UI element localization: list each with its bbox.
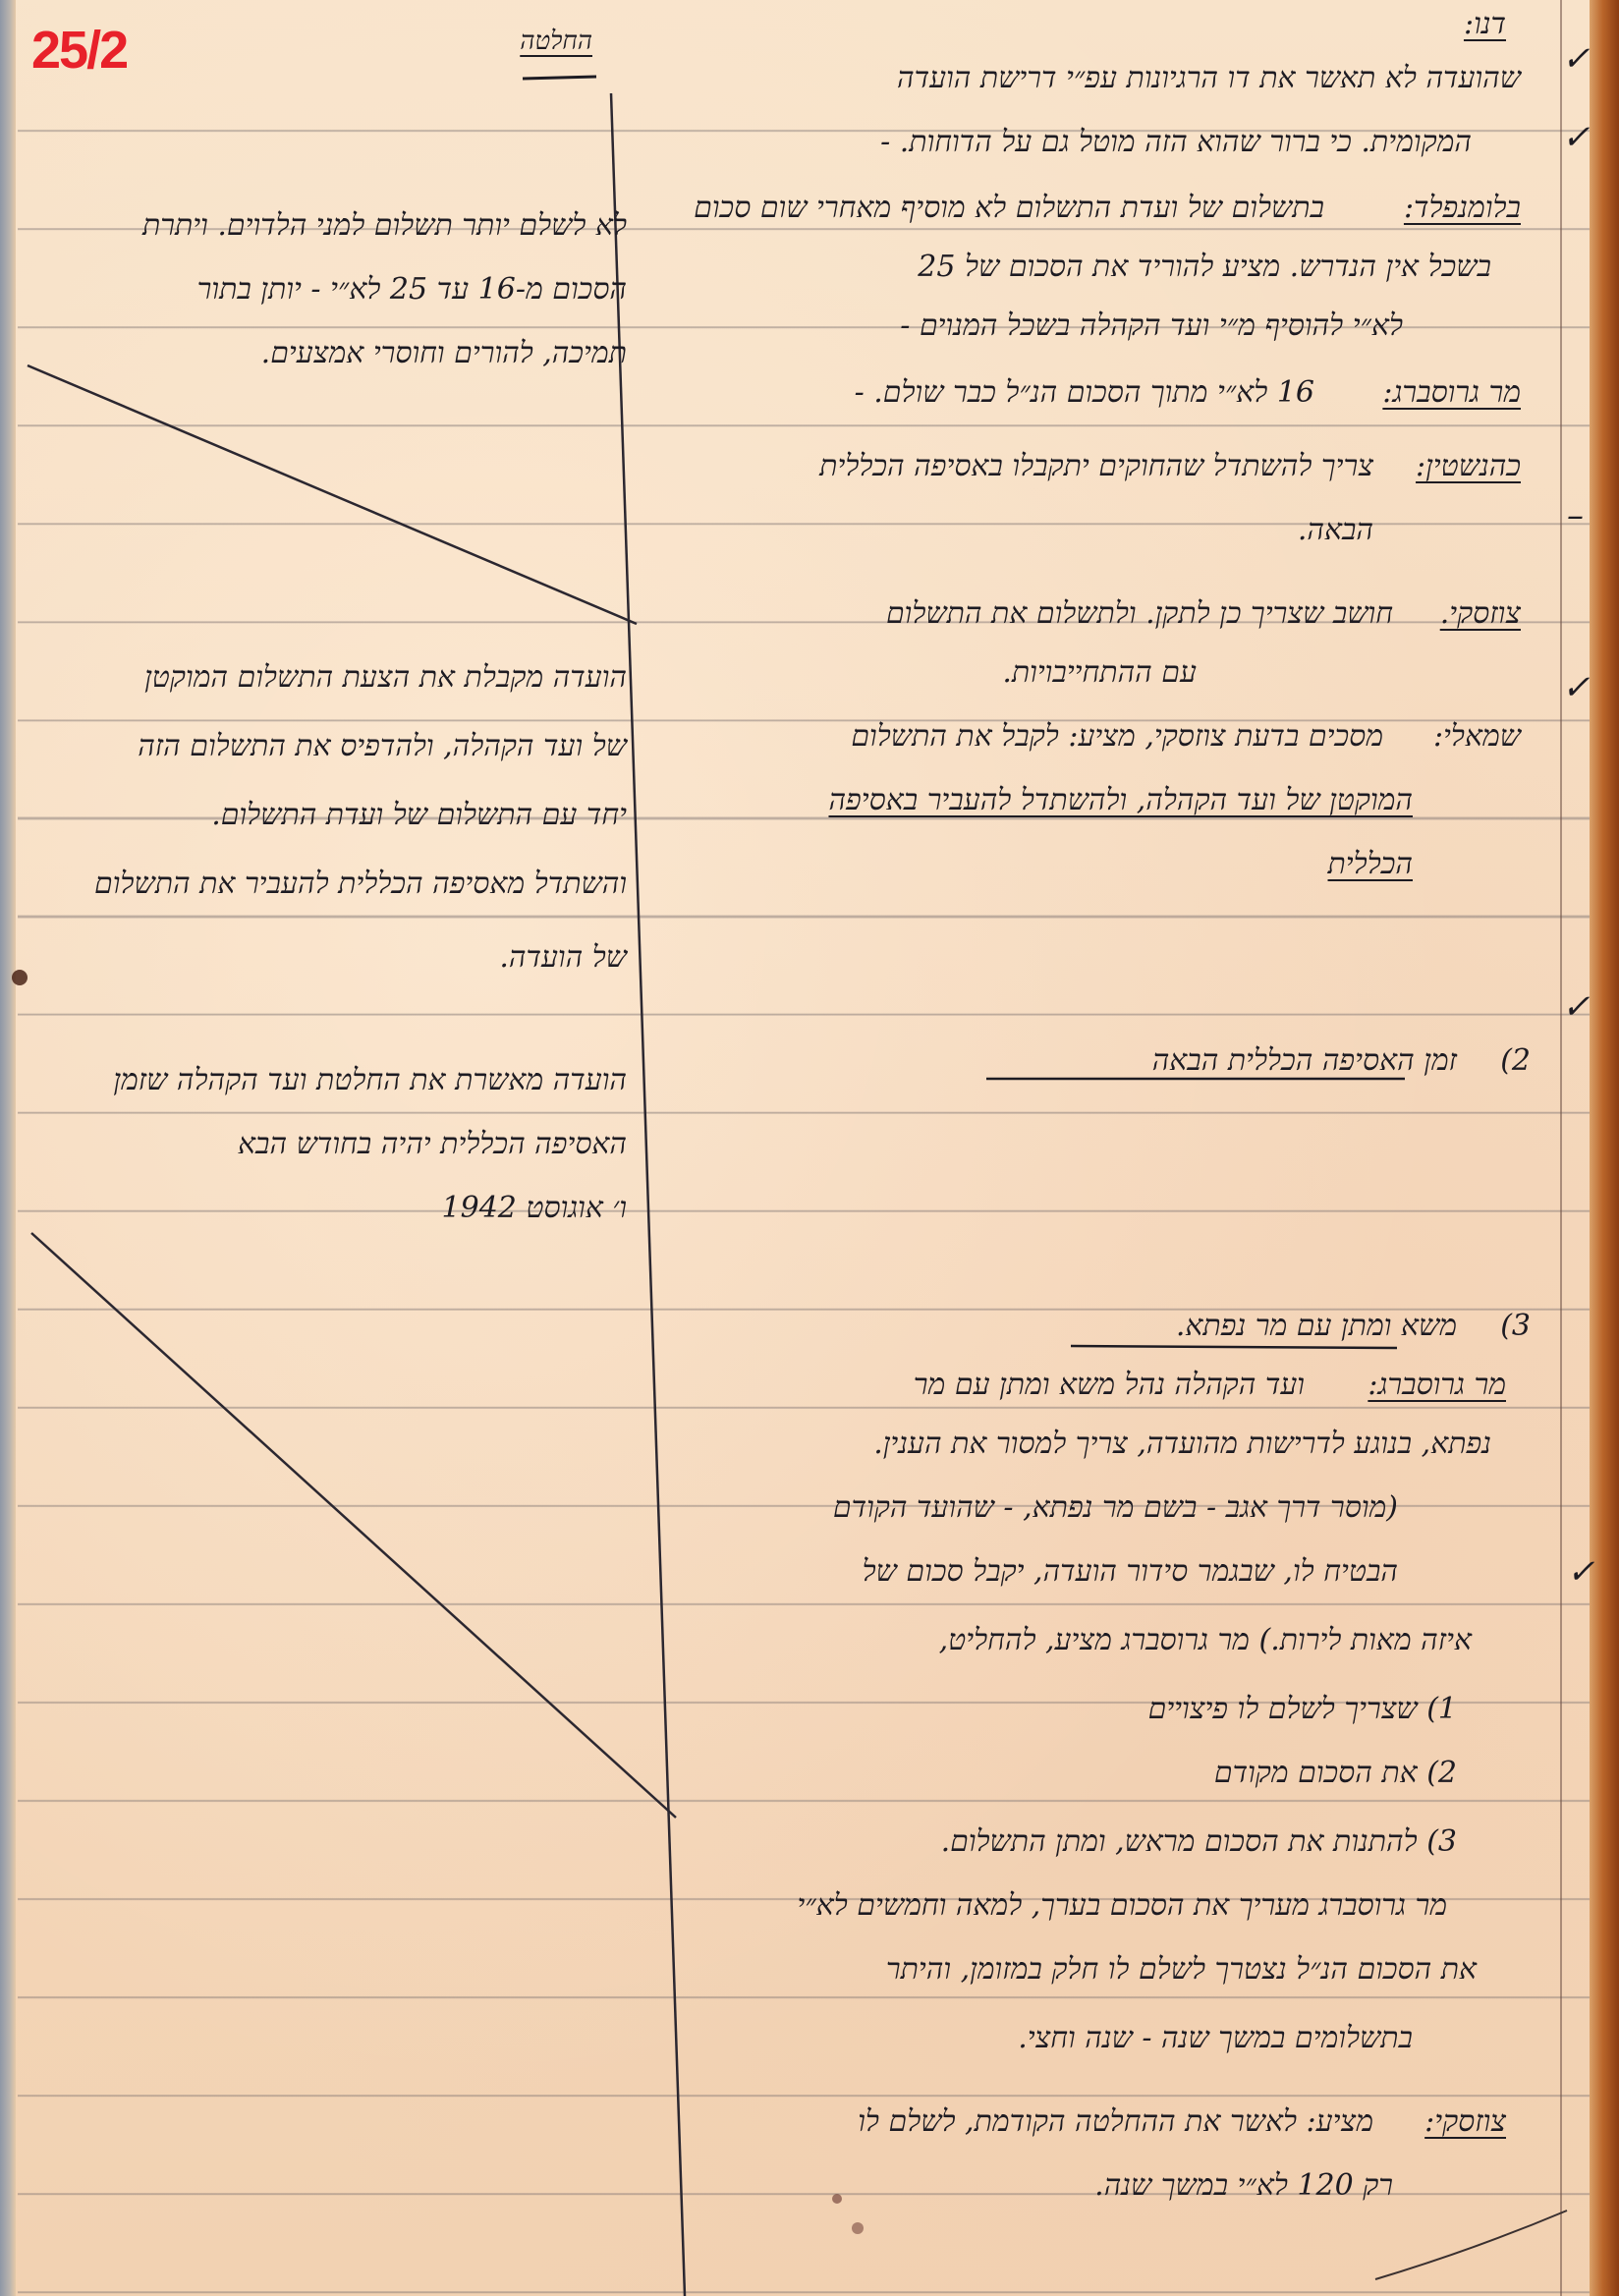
page-number-label: 25/2 — [31, 20, 127, 81]
margin-check-mark: ✓ — [1562, 668, 1591, 707]
minutes-line: צריך להשתדל שהחוקים יתקבלו באסיפה הכללית — [819, 418, 1373, 516]
margin-check-mark: ✓ — [1562, 118, 1591, 157]
speaker-name: שמאלי: — [1433, 688, 1521, 786]
speaker-name: צוזסקי: — [1424, 2073, 1506, 2171]
left-column-header: החלטה — [520, 0, 592, 90]
speaker-name: כהנשטין: — [1416, 418, 1521, 516]
margin-dash-mark: – — [1567, 496, 1584, 535]
diagonal-strike-1 — [28, 365, 637, 624]
margin-check-mark: ✓ — [1562, 987, 1591, 1027]
minutes-line: המוקטן של ועד הקהלה, ולהשתדל להעביר באסי… — [828, 752, 1413, 850]
notebook-page: 25/2 החלטה לא לשלם יותר תשלום למני הלדוי… — [0, 0, 1619, 2296]
diagonal-strike-2 — [31, 1233, 676, 1818]
minutes-line: הכללית — [1328, 815, 1413, 914]
speaker-name: צוזסקי. — [1440, 565, 1521, 663]
item-title: זמן האסיפה הכללית הבאה — [1152, 1012, 1457, 1110]
minutes-line: רק 120 לא״י במשך שנה. — [1094, 2137, 1393, 2235]
decision-line: תמיכה, להורים וחוסרי אמצעים. — [261, 305, 627, 403]
item-number: 2) — [1500, 1012, 1531, 1110]
margin-check-mark: ✓ — [1562, 39, 1591, 79]
margin-check-mark: ✓ — [1567, 1552, 1595, 1592]
decision-line: ו׳ אוגוסט 1942 — [442, 1159, 627, 1258]
decision-line: של הועדה. — [499, 909, 627, 1007]
